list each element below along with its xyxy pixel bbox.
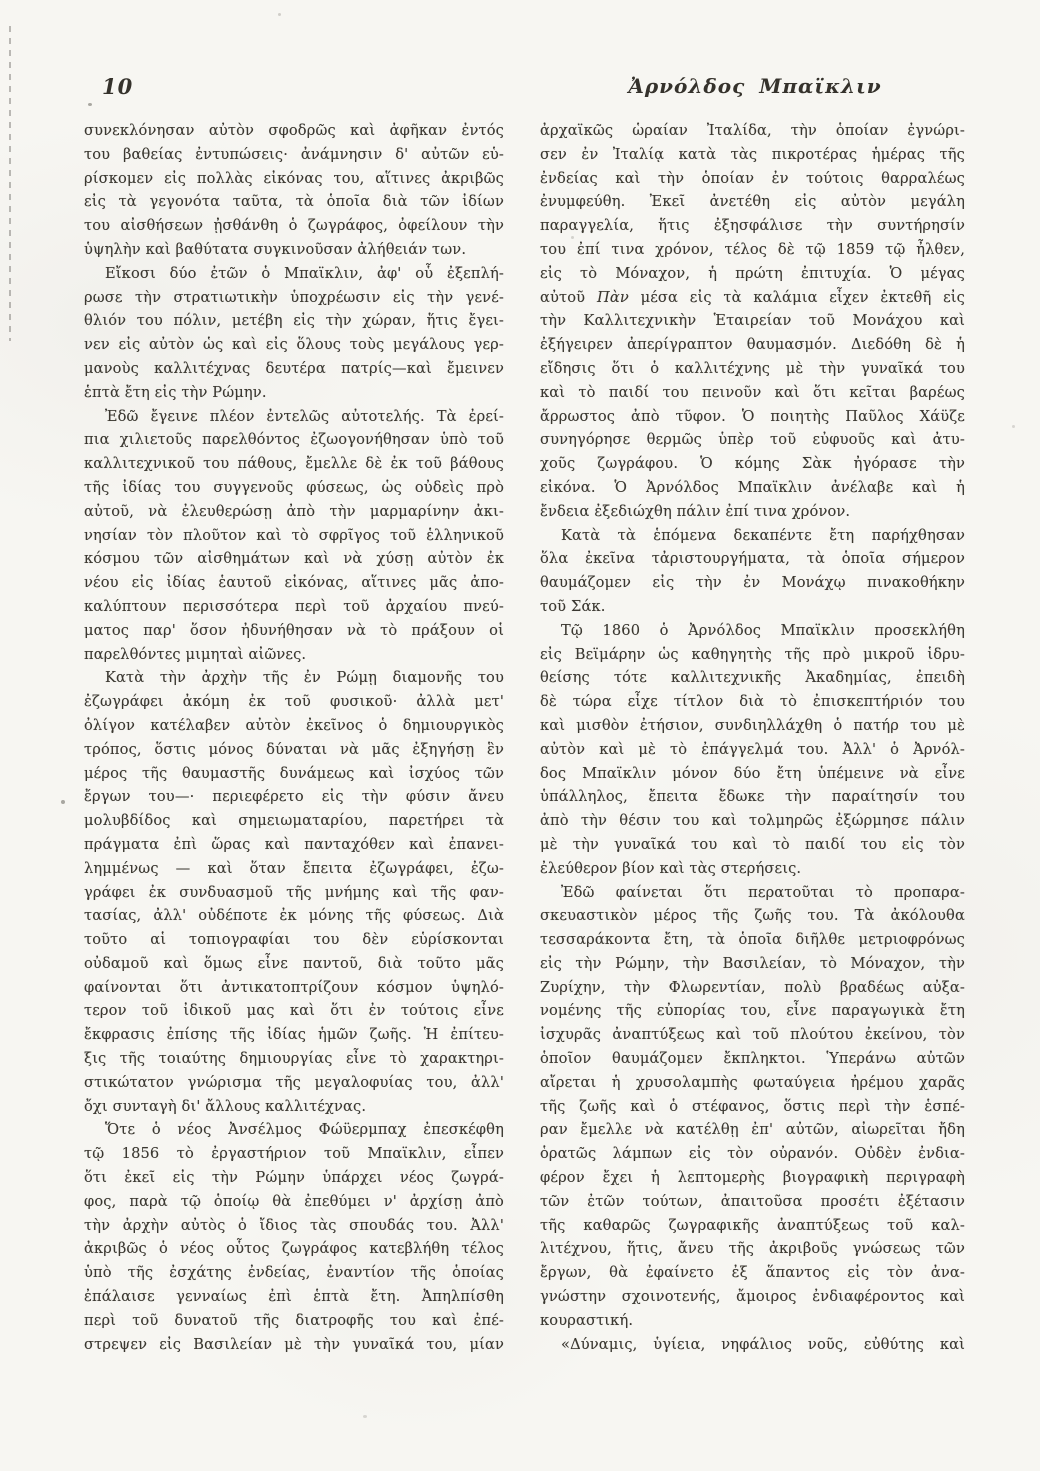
- text-line: ὄχι συνταγὴ δι' ἄλλους καλλιτέχνας.: [84, 1095, 504, 1119]
- text-line: ἔργων του—· περιεφέρετο εἰς τὴν φύσιν ἄν…: [84, 785, 504, 809]
- text-line: καλλιτεχνικοῦ του πάθους, ἔμελλε δὲ ἐκ τ…: [84, 452, 504, 476]
- text-line: φος, παρὰ τῷ ὁποίῳ θὰ ἐπεθύμει ν' ἀρχίσῃ…: [84, 1190, 504, 1214]
- text-line: ἐπάλαισε γενναίως ἐπὶ ἑπτὰ ἔτη. Ἀπηλπίσθ…: [84, 1285, 504, 1309]
- text-line: θείσης τότε καλλιτεχνικῆς Ἀκαδημίας, ἐπε…: [540, 666, 965, 690]
- text-line: τὴν ἀρχὴν αὐτὸς ὁ ἴδιος τὰς σπουδάς του.…: [84, 1214, 504, 1238]
- text-line: θλιόν του πόλιν, μετέβη εἰς τὴν χώραν, ἥ…: [84, 309, 504, 333]
- text-line: κόσμου τῶν αἰσθημάτων καὶ νὰ χύσῃ αὐτὸν …: [84, 547, 504, 571]
- text-line: αἴρεται ἡ χρυσολαμπὴς φωταύγεια ἠρέμου χ…: [540, 1071, 965, 1095]
- text-line: εἴδησις ὅτι ὁ καλλιτέχνης μὲ τὴν γυναῖκά…: [540, 357, 965, 381]
- text-line: τῷ 1856 τὸ ἐργαστήριον τοῦ Μπαϊκλιν, εἶπ…: [84, 1142, 504, 1166]
- text-line: δος Μπαϊκλιν μόνον δύο ἔτη ὑπέμεινε νὰ ε…: [540, 762, 965, 786]
- text-line: ραν ἔμελλε νὰ κατέλθῃ ἐπ' αὐτῶν, αἰωρεῖτ…: [540, 1118, 965, 1142]
- text-line: γνώστην σχοινοτενής, ἄμοιρος ἐνδιαφέροντ…: [540, 1285, 965, 1309]
- text-line: ρίσκομεν εἰς πολλὰς εἰκόνας του, αἵτινες…: [84, 167, 504, 191]
- text-line: κουραστική.: [540, 1309, 965, 1333]
- text-line: Τῷ 1860 ὁ Ἀρνόλδος Μπαϊκλιν προσεκλήθη: [540, 619, 965, 643]
- text-line: πια χιλιετοῦς παρελθόντος ἐζωογονήθησαν …: [84, 428, 504, 452]
- text-line: εἰς Βεϊμάρην ὡς καθηγητὴς τῆς πρὸ μικροῦ…: [540, 643, 965, 667]
- page-number: 10: [102, 74, 133, 99]
- text-line: σεν ἐν Ἰταλίᾳ κατὰ τὰς πικροτέρας ἡμέρας…: [540, 143, 965, 167]
- text-line: ὑπάλληλος, ἔπειτα ἔδωκε τὴν παραίτησίν τ…: [540, 785, 965, 809]
- text-line: γράφει ἐκ συνδυασμοῦ τῆς μνήμης καὶ τῆς …: [84, 881, 504, 905]
- text-line: καὶ τὸ παιδί του πεινοῦν καὶ ὅτι κεῖται …: [540, 381, 965, 405]
- text-line: του βαθείας ἐντυπώσεις· ἀνάμνησιν δ' αὐτ…: [84, 143, 504, 167]
- text-line: ἐζωγράφει ἀκόμη ἐκ τοῦ φυσικοῦ· ἀλλὰ μετ…: [84, 690, 504, 714]
- text-line: ἐνδείας καὶ τὴν ὁποίαν ἐν τούτοις θαρραλ…: [540, 167, 965, 191]
- text-line: θαυμάζομεν εἰς τὴν ἐν Μονάχῳ πινακοθήκην: [540, 571, 965, 595]
- text-line: καὶ μισθὸν ἐτήσιον, συνδιηλλάχθη ὁ πατήρ…: [540, 714, 965, 738]
- text-line: ἀπὸ τὴν θέσιν του καὶ τολμηρῶς ἐξώρμησε …: [540, 809, 965, 833]
- text-line: ἀρχαϊκῶς ὡραίαν Ἰταλίδα, τὴν ὁποίαν ἐγνώ…: [540, 119, 965, 143]
- text-line: ὅτι ἐκεῖ εἰς τὴν Ρώμην ὑπάρχει νέος ζωγρ…: [84, 1166, 504, 1190]
- text-line: τῆς καθαρῶς ζωγραφικῆς ἀναπτύξεως τοῦ κα…: [540, 1214, 965, 1238]
- text-line: ἀκριβῶς ὁ νέος οὗτος ζωγράφος κατεβλήθη …: [84, 1237, 504, 1261]
- text-line: ἰσχυρᾶς ἀναπτύξεως καὶ τοῦ πλούτου ἐκείν…: [540, 1023, 965, 1047]
- text-line: νεν εἰς αὐτὸν ὡς καὶ εἰς ὅλους τοὺς μεγά…: [84, 333, 504, 357]
- text-line: ἐξήγειρεν ἀπερίγραπτον θαυμασμόν. Διεδόθ…: [540, 333, 965, 357]
- text-line: αὐτοῦ, νὰ ἐλευθερώσῃ ἀπὸ τὴν μαρμαρίνην …: [84, 500, 504, 524]
- scan-binding-artifact: [9, 26, 11, 341]
- text-line: συνεκλόνησαν αὐτὸν σφοδρῶς καὶ ἀφῆκαν ἐν…: [84, 119, 504, 143]
- text-line: δὲ τώρα εἶχε τίτλον διὰ τὸ ἐπισκεπτήριόν…: [540, 690, 965, 714]
- text-line: μὲ τὴν γυναῖκά του καὶ τὸ παιδί του εἰς …: [540, 833, 965, 857]
- text-line: τοῦτο αἱ τοπιογραφίαι του δὲν εὑρίσκοντα…: [84, 928, 504, 952]
- text-line: ὑψηλὴν καὶ βαθύτατα συγκινοῦσαν ἀλήθειάν…: [84, 238, 504, 262]
- text-line: Ἐδῶ φαίνεται ὅτι περατοῦται τὸ προπαρα-: [540, 881, 965, 905]
- text-line: μανοὺς καλλιτέχνας δευτέρα πατρίς—καὶ ἔμ…: [84, 357, 504, 381]
- text-line: τοῦ Σάκ.: [540, 595, 965, 619]
- text-line: ὑπὸ τῆς ἐσχάτης ἐνδείας, ἐναντίον τῆς ὁπ…: [84, 1261, 504, 1285]
- text-line: οὐδαμοῦ καὶ ὅμως εἶνε παντοῦ, διὰ τοῦτο …: [84, 952, 504, 976]
- text-line: πράγματα ἐπὶ ὥρας καὶ πανταχόθεν καὶ ἐπα…: [84, 833, 504, 857]
- text-line: ξις τῆς τοιαύτης δημιουργίας εἶνε τὸ χαρ…: [84, 1047, 504, 1071]
- scan-speck: [61, 800, 65, 804]
- text-line: τρόπος, ὅστις μόνος δύναται νὰ μᾶς ἐξηγή…: [84, 738, 504, 762]
- scan-speck: [1012, 425, 1015, 428]
- text-line: ἑπτὰ ἔτη εἰς τὴν Ρώμην.: [84, 381, 504, 405]
- book-page-scan: 10 Ἀρνόλδος Μπαϊκλιν συνεκλόνησαν αὐτὸν …: [0, 0, 1040, 1471]
- text-line: ὁποῖον θαυμάζομεν ἔκπληκτοι. Ὑπεράνω αὐτ…: [540, 1047, 965, 1071]
- text-line: νησίαν τὸν πλοῦτον καὶ τὸ σφρῖγος τοῦ ἑλ…: [84, 524, 504, 548]
- text-line: αὐτὸν καὶ μὲ τὸ ἐπάγγελμά του. Ἀλλ' ὁ Ἀρ…: [540, 738, 965, 762]
- text-line: στικώτατον γνώρισμα τῆς μεγαλοφυίας του,…: [84, 1071, 504, 1095]
- running-head: Ἀρνόλδος Μπαϊκλιν: [540, 74, 970, 98]
- text-line: τασίας, ἀλλ' οὐδέποτε ἐκ μόνης τῆς φύσεω…: [84, 904, 504, 928]
- text-line: εἰς τὴν Ρώμην, τὴν Βασιλείαν, τὸ Μόναχον…: [540, 952, 965, 976]
- text-line: φαίνονται ὅτι ἀντικατοπτρίζουν κόσμον ὑψ…: [84, 976, 504, 1000]
- text-line: εἰκόνα. Ὁ Ἀρνόλδος Μπαϊκλιν ἀνέλαβε καὶ …: [540, 476, 965, 500]
- text-line: ὀλίγον κατέλαβεν αὐτὸν ἐκεῖνος ὁ δημιουρ…: [84, 714, 504, 738]
- text-line: ἐνυμφεύθη. Ἐκεῖ ἀνετέθη εἰς αὐτὸν μεγάλη: [540, 190, 965, 214]
- text-line: μολυβδίδος καὶ σημειωματαρίου, παρετήρει…: [84, 809, 504, 833]
- text-line: ματος παρ' ὅσον ἠδυνήθησαν νὰ τὸ πράξουν…: [84, 619, 504, 643]
- text-line: Ζυρίχην, τὴν Φλωρεντίαν, πολὺ βραδέως αὐ…: [540, 976, 965, 1000]
- text-line: Εἴκοσι δύο ἐτῶν ὁ Μπαϊκλιν, ἀφ' οὗ ἐξεπλ…: [84, 262, 504, 286]
- scan-speck: [278, 13, 281, 16]
- text-line: ὁρατῶς λάμπων εἰς τὸν οὐρανόν. Οὐδὲν ἐνδ…: [540, 1142, 965, 1166]
- text-line: καλύπτουν περισσότερα περὶ τοῦ ἀρχαίου π…: [84, 595, 504, 619]
- text-line: συνηγόρησε θερμῶς ὑπὲρ τοῦ εὐφυοῦς καὶ ἀ…: [540, 428, 965, 452]
- text-line: στρεψεν εἰς Βασιλείαν μὲ τὴν γυναῖκά του…: [84, 1333, 504, 1357]
- text-line: περὶ τοῦ δυνατοῦ τῆς διατροφῆς του καὶ ἐ…: [84, 1309, 504, 1333]
- text-line: παρελθόντες μιμηταὶ αἰῶνες.: [84, 643, 504, 667]
- text-line: σκευαστικὸν μέρος τῆς ζωῆς του. Τὰ ἀκόλο…: [540, 904, 965, 928]
- text-line: του ἐπί τινα χρόνον, τέλος δὲ τῷ 1859 τῷ…: [540, 238, 965, 262]
- left-column: συνεκλόνησαν αὐτὸν σφοδρῶς καὶ ἀφῆκαν ἐν…: [84, 119, 504, 1356]
- text-line: τῆς ζωῆς καὶ ὁ στέφανος, ὅστις περὶ τὴν …: [540, 1095, 965, 1119]
- text-line: ὅλα ἐκεῖνα τἀριστουργήματα, τὰ ὁποῖα σήμ…: [540, 547, 965, 571]
- text-line: ἄρρωστος ἀπὸ τῦφον. Ὁ ποιητὴς Παῦλος Χάϋ…: [540, 405, 965, 429]
- text-line: παραγγελία, ἥτις ἐξησφάλισε τὴν συντήρησ…: [540, 214, 965, 238]
- text-line: εἰς τὰ γεγονότα ταῦτα, τὰ ὁποῖα διὰ τῶν …: [84, 190, 504, 214]
- text-line: Ἐδῶ ἔγεινε πλέον ἐντελῶς αὐτοτελής. Τὰ ἐ…: [84, 405, 504, 429]
- text-line: ἔργων, θὰ ἐφαίνετο ἐξ ἅπαντος εἰς τὸν ἀν…: [540, 1261, 965, 1285]
- text-line: τὴν Καλλιτεχνικὴν Ἑταιρείαν τοῦ Μονάχου …: [540, 309, 965, 333]
- text-line: Κατὰ τὴν ἀρχὴν τῆς ἐν Ρώμῃ διαμονῆς του: [84, 666, 504, 690]
- text-line: τῆς ἰδίας του συγγενοῦς φύσεως, ὡς οὐδεὶ…: [84, 476, 504, 500]
- text-line: τερον τοῦ ἰδικοῦ μας καὶ ὅτι ἐν τούτοις …: [84, 999, 504, 1023]
- text-line: ἐλεύθερον βίον καὶ τὰς στερήσεις.: [540, 857, 965, 881]
- text-line: φέρον ἔχει ἡ λεπτομερὴς βιογραφικὴ περιγ…: [540, 1166, 965, 1190]
- text-line: τῶν ἐτῶν τούτων, ἀπαιτοῦσα προσέτι ἐξέτα…: [540, 1190, 965, 1214]
- text-line: νομένης τῆς εὐπορίας του, εἶνε παραγωγικ…: [540, 999, 965, 1023]
- right-column: ἀρχαϊκῶς ὡραίαν Ἰταλίδα, τὴν ὁποίαν ἐγνώ…: [540, 119, 965, 1356]
- text-line: Ὅτε ὁ νέος Ἀνσέλμος Φώϋερμπαχ ἐπεσκέφθη: [84, 1118, 504, 1142]
- text-line: χοῦς ζωγράφου. Ὁ κόμης Σὰκ ἠγόρασε τὴν: [540, 452, 965, 476]
- text-line: λημμένως — καὶ ὅταν ἔπειτα ἐζωγράφει, ἐζ…: [84, 857, 504, 881]
- text-line: ρωσε τὴν στρατιωτικὴν ὑποχρέωσιν εἰς τὴν…: [84, 286, 504, 310]
- text-line: μέρος τῆς θαυμαστῆς δυνάμεως καὶ ἰσχύος …: [84, 762, 504, 786]
- text-line: ἔνδεια ἐξεδιώχθη πάλιν ἐπί τινα χρόνον.: [540, 500, 965, 524]
- text-line: ἔκφρασις ἐπίσης τῆς ἰδίας ἡμῶν ζωῆς. Ἡ ἐ…: [84, 1023, 504, 1047]
- text-line: νέου εἰς ἰδίας ἑαυτοῦ εἰκόνας, αἵτινες μ…: [84, 571, 504, 595]
- scan-speck: [363, 1415, 367, 1418]
- text-line: λιτέχνου, ἥτις, ἄνευ τῆς ἀκριβοῦς γνώσεω…: [540, 1237, 965, 1261]
- text-line: αὐτοῦ Πὰν μέσα εἰς τὰ καλάμια εἶχεν ἐκτε…: [540, 286, 965, 310]
- scan-speck: [88, 103, 92, 106]
- text-line: του αἰσθήσεων ᾐσθάνθη ὁ ζωγράφος, ὀφείλο…: [84, 214, 504, 238]
- text-line: εἰς τὸ Μόναχον, ἡ πρώτη ἐπιτυχία. Ὁ μέγα…: [540, 262, 965, 286]
- text-line: «Δύναμις, ὑγίεια, νηφάλιος νοῦς, εὐθύτης…: [540, 1333, 965, 1357]
- text-line: τεσσαράκοντα ἔτη, τὰ ὁποῖα διῆλθε μετριο…: [540, 928, 965, 952]
- text-line: Κατὰ τὰ ἑπόμενα δεκαπέντε ἔτη παρήχθησαν: [540, 524, 965, 548]
